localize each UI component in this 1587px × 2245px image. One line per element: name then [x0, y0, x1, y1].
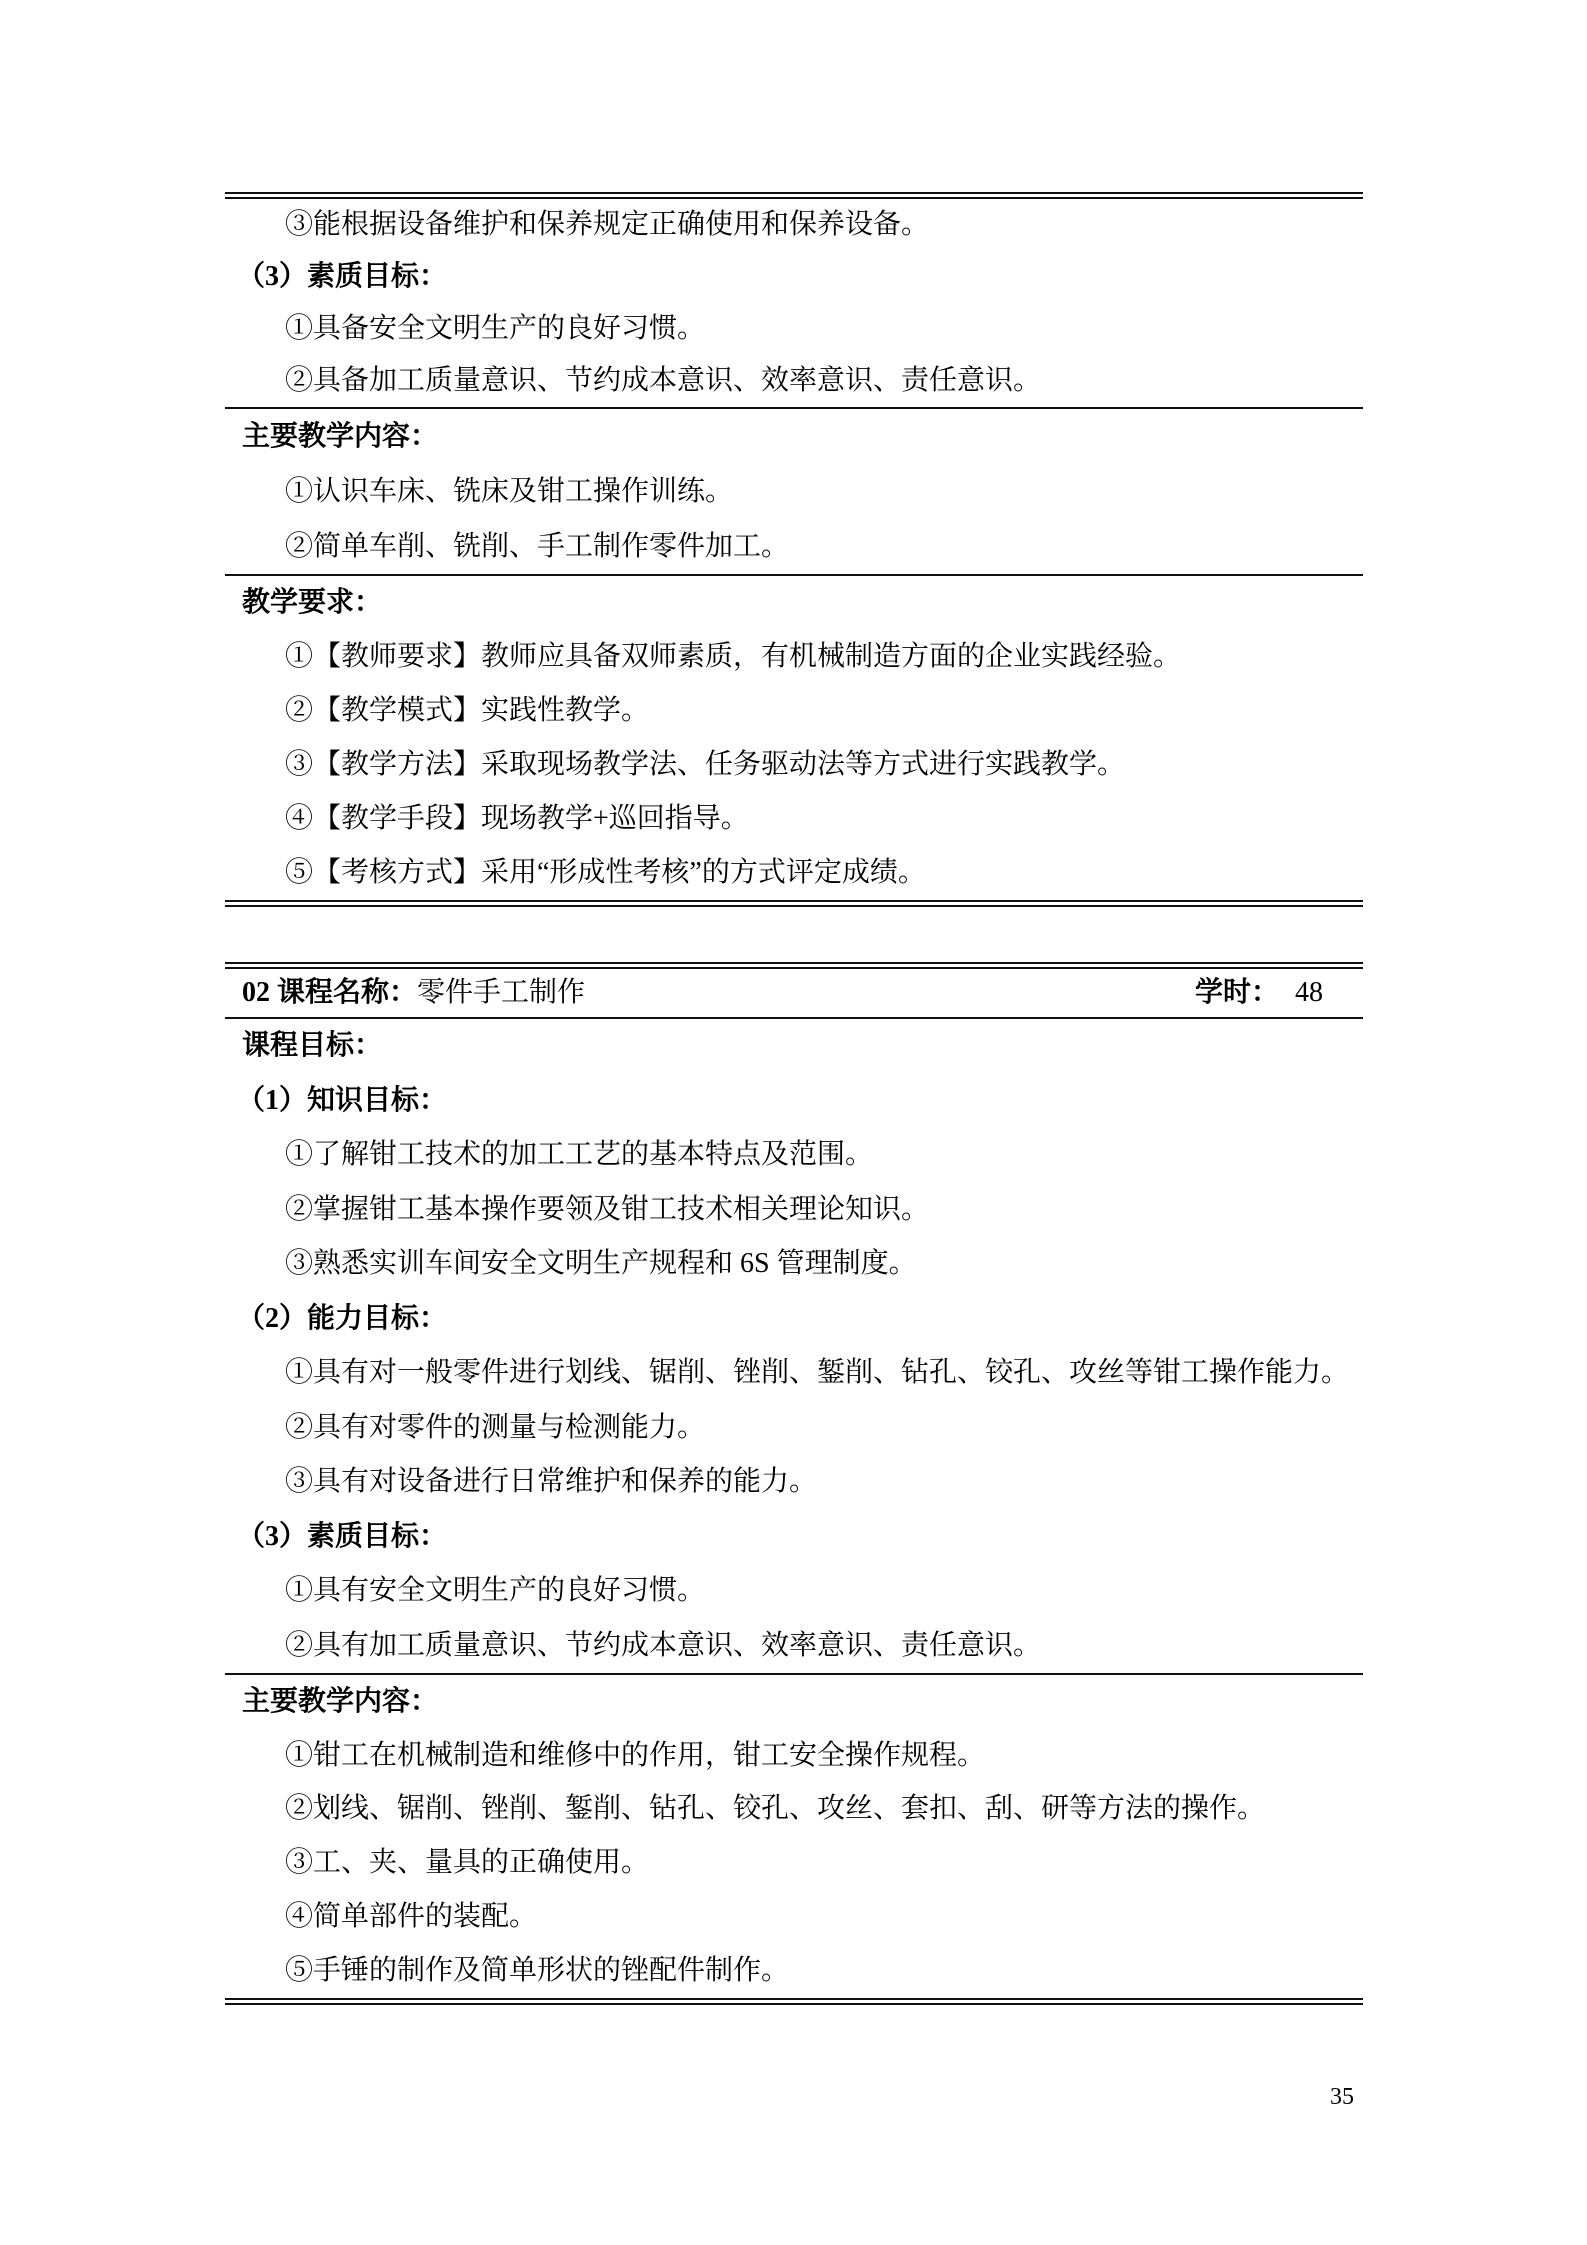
- teaching-content-header: 主要教学内容：: [225, 1675, 1363, 1729]
- course-name-group: 02 课程名称： 零件手工制作: [242, 979, 585, 1007]
- hours-label: 学时：: [1195, 979, 1279, 1007]
- syllabus-item: ①具有对一般零件进行划线、锯削、锉削、錾削、钻孔、铰孔、攻丝等钳工操作能力。: [225, 1346, 1363, 1401]
- ability-goals-subheader: （2）能力目标：: [225, 1292, 1363, 1347]
- course-name-value: 零件手工制作: [417, 979, 585, 1007]
- syllabus-item: ③熟悉实训车间安全文明生产规程和 6S 管理制度。: [225, 1237, 1363, 1292]
- syllabus-item: ⑤手锤的制作及简单形状的锉配件制作。: [225, 1944, 1363, 1998]
- teaching-content-section: 主要教学内容： ①钳工在机械制造和维修中的作用，钳工安全操作规程。 ②划线、锯削…: [225, 1675, 1363, 1998]
- quality-goals-subheader: （3）素质目标：: [225, 251, 1363, 303]
- teaching-content-section: 主要教学内容： ①认识车床、铣床及钳工操作训练。 ②简单车削、铣削、手工制作零件…: [225, 409, 1363, 574]
- syllabus-item: ③【教学方法】采取现场教学法、任务驱动法等方式进行实践教学。: [225, 738, 1363, 792]
- course-objectives-section: 课程目标： （1）知识目标： ①了解钳工技术的加工工艺的基本特点及范围。 ②掌握…: [225, 1019, 1363, 1673]
- course-number-label: 02 课程名称：: [242, 979, 417, 1007]
- course-table-02: 02 课程名称： 零件手工制作 学时： 48 课程目标： （1）知识目标： ①了…: [225, 962, 1363, 2005]
- teaching-requirements-header: 教学要求：: [225, 576, 1363, 630]
- teaching-requirements-section: 教学要求： ①【教师要求】教师应具备双师素质，有机械制造方面的企业实践经验。 ②…: [225, 576, 1363, 900]
- syllabus-item: ②简单车削、铣削、手工制作零件加工。: [225, 519, 1363, 574]
- syllabus-item: ③能根据设备维护和保养规定正确使用和保养设备。: [225, 199, 1363, 251]
- syllabus-item: ①钳工在机械制造和维修中的作用，钳工安全操作规程。: [225, 1729, 1363, 1783]
- syllabus-item: ①【教师要求】教师应具备双师素质，有机械制造方面的企业实践经验。: [225, 630, 1363, 684]
- syllabus-item: ①了解钳工技术的加工工艺的基本特点及范围。: [225, 1128, 1363, 1183]
- syllabus-item: ①认识车床、铣床及钳工操作训练。: [225, 464, 1363, 519]
- syllabus-item: ④简单部件的装配。: [225, 1890, 1363, 1944]
- hours-value: 48: [1295, 979, 1323, 1007]
- course-table-continued: ③能根据设备维护和保养规定正确使用和保养设备。 （3）素质目标： ①具备安全文明…: [225, 192, 1363, 907]
- quality-goals-subheader: （3）素质目标：: [225, 1510, 1363, 1565]
- syllabus-item: ②具有对零件的测量与检测能力。: [225, 1401, 1363, 1456]
- syllabus-item: ①具有安全文明生产的良好习惯。: [225, 1564, 1363, 1619]
- page-number: 35: [1330, 2084, 1354, 2111]
- table-border-bottom: [225, 1998, 1363, 2005]
- syllabus-item: ③工、夹、量具的正确使用。: [225, 1836, 1363, 1890]
- syllabus-item: ②【教学模式】实践性教学。: [225, 684, 1363, 738]
- teaching-content-header: 主要教学内容：: [225, 409, 1363, 464]
- syllabus-item: ②划线、锯削、锉削、錾削、钻孔、铰孔、攻丝、套扣、刮、研等方法的操作。: [225, 1783, 1363, 1837]
- quality-goals-section: ③能根据设备维护和保养规定正确使用和保养设备。 （3）素质目标： ①具备安全文明…: [225, 199, 1363, 407]
- knowledge-goals-subheader: （1）知识目标：: [225, 1074, 1363, 1129]
- table-border-top: [225, 192, 1363, 199]
- course-title-row: 02 课程名称： 零件手工制作 学时： 48: [225, 969, 1363, 1017]
- syllabus-page: ③能根据设备维护和保养规定正确使用和保养设备。 （3）素质目标： ①具备安全文明…: [0, 0, 1587, 2245]
- syllabus-item: ③具有对设备进行日常维护和保养的能力。: [225, 1455, 1363, 1510]
- table-border-bottom: [225, 900, 1363, 907]
- syllabus-item: ④【教学手段】现场教学+巡回指导。: [225, 792, 1363, 846]
- syllabus-item: ②具有加工质量意识、节约成本意识、效率意识、责任意识。: [225, 1619, 1363, 1674]
- syllabus-item: ②具备加工质量意识、节约成本意识、效率意识、责任意识。: [225, 355, 1363, 407]
- syllabus-item: ②掌握钳工基本操作要领及钳工技术相关理论知识。: [225, 1183, 1363, 1238]
- course-objectives-header: 课程目标：: [225, 1019, 1363, 1074]
- syllabus-item: ⑤【考核方式】采用“形成性考核”的方式评定成绩。: [225, 846, 1363, 900]
- course-hours-group: 学时： 48: [1195, 979, 1323, 1007]
- syllabus-item: ①具备安全文明生产的良好习惯。: [225, 303, 1363, 355]
- table-border-top: [225, 962, 1363, 969]
